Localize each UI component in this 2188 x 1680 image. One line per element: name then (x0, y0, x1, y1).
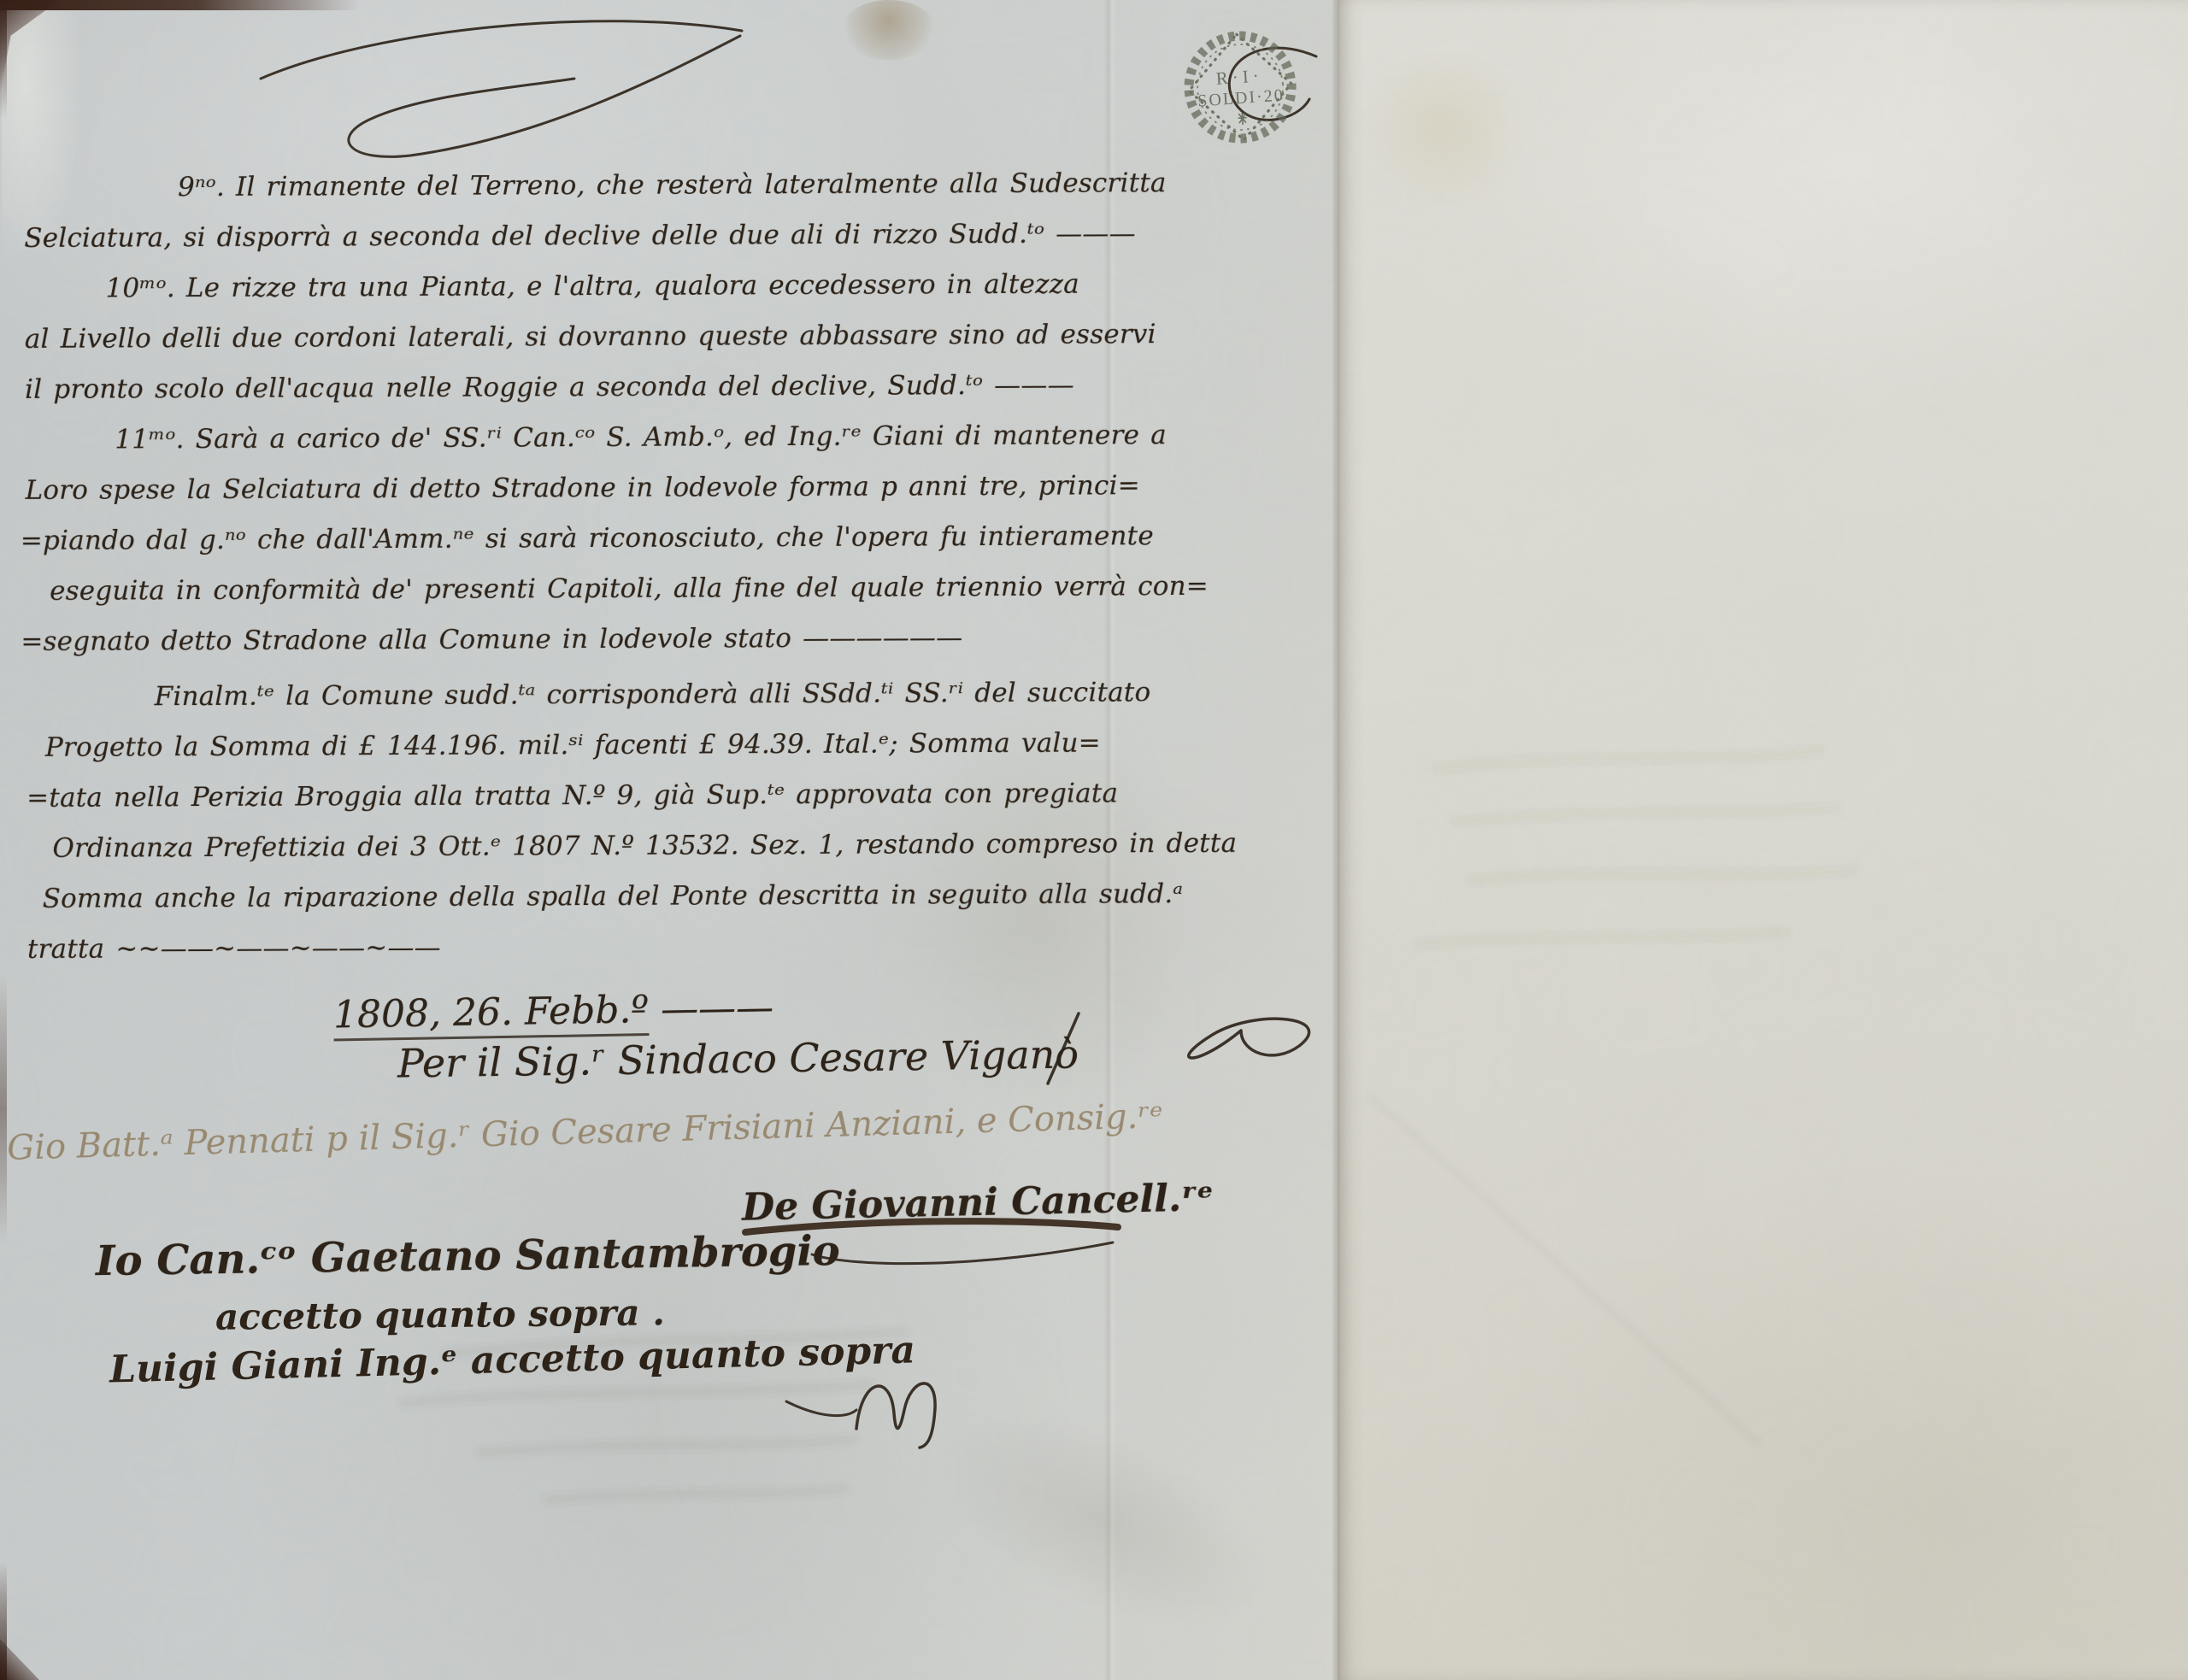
manuscript-line: Ordinanza Prefettizia dei 3 Ott.ᵉ 1807 N… (26, 819, 1163, 874)
manuscript-line: =piando dal g.ⁿᵒ che dall'Amm.ⁿᵉ si sarà… (21, 511, 1162, 567)
manuscript-line: Progetto la Somma di £ 144.196. mil.ˢⁱ f… (26, 718, 1163, 773)
date-trail-flourish: ——— (649, 986, 774, 1032)
manuscript-line: il pronto scolo dell'acqua nelle Roggie … (25, 360, 1162, 415)
revenue-stamp: R·I· SOLDI·20 (1173, 18, 1307, 155)
manuscript-line: 11ᵐᵒ. Sarà a carico de' SS.ʳⁱ Can.ᶜᵒ S. … (25, 410, 1162, 466)
manuscript-line: 10ᵐᵒ. Le rizze tra una Pianta, e l'altra… (24, 259, 1161, 314)
stamp-ornament-icon (1238, 113, 1247, 126)
manuscript-line: al Livello delli due cordoni laterali, s… (25, 309, 1162, 365)
manuscript-line: eseguita in conformità de' presenti Capi… (26, 561, 1162, 617)
manuscript-line: Somma anche la riparazione della spalla … (27, 869, 1164, 925)
sindaco-signature-line: Per il Sig.ʳ Sindaco Cesare Viganò (397, 1031, 1079, 1086)
top-swash-flourish (261, 21, 1316, 157)
date-line: 1808, 26. Febb.º ——— (333, 986, 774, 1037)
manuscript-line: Selciatura, si disporrà a seconda del de… (24, 209, 1161, 264)
manuscript-line: =tata nella Perizia Broggia alla tratta … (26, 768, 1163, 824)
manuscript-line: 9ⁿᵒ. Il rimanente del Terreno, che reste… (24, 158, 1161, 214)
manuscript-photo: R·I· SOLDI·20 9ⁿᵒ. Il rimanente del Terr… (0, 0, 2188, 1680)
santambrogio-acceptance: accetto quanto sopra . (215, 1291, 665, 1338)
manuscript-line: Finalm.ᵗᵉ la Comune sudd.ᵗᵃ corrisponder… (26, 667, 1163, 723)
date-text: 1808, 26. Febb.º (333, 988, 650, 1041)
manuscript-line: tratta ~~——~——~——~—— (27, 919, 1164, 975)
manuscript-body: 9ⁿᵒ. Il rimanente del Terreno, che reste… (24, 158, 1164, 975)
manuscript-line: =segnato detto Stradone alla Comune in l… (21, 612, 1162, 667)
manuscript-line: Loro spese la Selciatura di detto Strado… (25, 461, 1162, 516)
